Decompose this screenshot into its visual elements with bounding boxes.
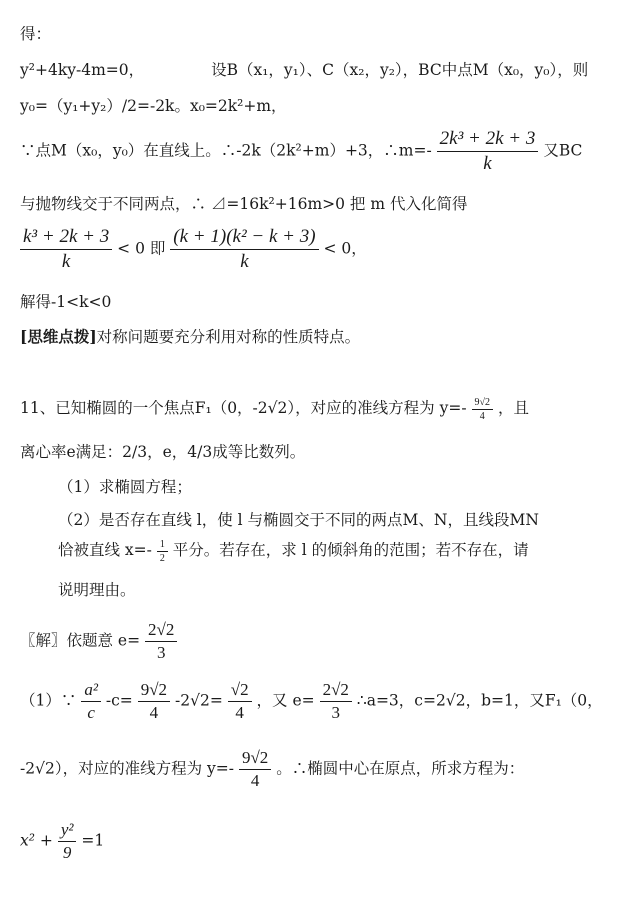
numerator: y² — [58, 820, 77, 842]
text: ∴a=3，c=2√2，b=1，又F₁（0， — [357, 692, 603, 710]
denominator: 9 — [60, 842, 75, 863]
fraction: 2√23 — [320, 680, 352, 723]
numerator: a² — [81, 680, 101, 702]
text: 又BC — [543, 142, 582, 160]
sub-question-1: （1）求椭圆方程； — [58, 475, 192, 497]
text: ，且 — [498, 399, 529, 417]
fraction: (k + 1)(k² − k + 3)k — [170, 226, 318, 273]
denominator: 4 — [248, 770, 263, 791]
fraction: 9√24 — [239, 748, 271, 791]
text-line: 说明理由。 — [58, 578, 136, 600]
text: （1）∵ — [20, 692, 76, 710]
sub-question-2: （2）是否存在直线 l，使 l 与椭圆交于不同的两点M、N，且线段MN — [58, 508, 539, 530]
text: 平分。若存在，求 l 的倾斜角的范围；若不存在，请 — [173, 541, 529, 559]
denominator: k — [480, 152, 494, 175]
text: x² + — [20, 832, 53, 850]
text: -2√2），对应的准线方程为 y=- — [20, 760, 234, 778]
text: -2√2= — [175, 692, 223, 710]
text-line: k³ + 2k + 3k < 0 即 (k + 1)(k² − k + 3)k … — [20, 226, 367, 273]
denominator: 4 — [147, 702, 162, 723]
fraction: 2k³ + 2k + 3k — [437, 128, 539, 175]
text: ，又 e= — [257, 692, 315, 710]
text: < 0， — [324, 240, 367, 258]
text-line: 与抛物线交于不同两点，∴ ⊿=16k²+16m>0 把 m 代入化简得 — [20, 192, 467, 214]
denominator: 3 — [328, 702, 343, 723]
numerator: 1 — [157, 539, 168, 552]
fraction: a²c — [81, 680, 101, 723]
question-11-line: 11、已知椭圆的一个焦点F₁（0，-2√2），对应的准线方程为 y=- 9√24… — [20, 396, 529, 422]
fraction: y²9 — [58, 820, 77, 863]
numerator: k³ + 2k + 3 — [20, 226, 112, 250]
numerator: 2√2 — [320, 680, 352, 702]
text-line: [思维点拨]对称问题要充分利用对称的性质特点。 — [20, 325, 360, 347]
denominator: k — [237, 250, 251, 273]
text-line: -2√2），对应的准线方程为 y=- 9√24 。∴椭圆中心在原点，所求方程为： — [20, 748, 524, 791]
text: ∵点M（x₀，y₀）在直线上。∴-2k（2k²+m）+3，∴m=- — [20, 142, 432, 160]
denominator: k — [59, 250, 73, 273]
text-line: y₀=（y₁+y₂）/2=-2k。x₀=2k²+m， — [20, 94, 287, 116]
numerator: 9√2 — [138, 680, 170, 702]
text-line: 解得-1<k<0 — [20, 290, 111, 312]
equation: y²+4ky-4m=0， — [20, 61, 144, 79]
fraction: 9√24 — [138, 680, 170, 723]
numerator: 9√2 — [472, 397, 494, 410]
text: 〖解〗依题意 e= — [20, 632, 140, 650]
text-line: 得： — [20, 22, 51, 44]
tip-label: [思维点拨] — [20, 327, 97, 346]
text: 设B（x₁，y₁）、C（x₂，y₂），BC中点M（x₀，y₀），则 — [211, 61, 588, 79]
text-line: ∵点M（x₀，y₀）在直线上。∴-2k（2k²+m）+3，∴m=- 2k³ + … — [20, 128, 582, 175]
denominator: 2 — [157, 552, 168, 564]
text: =1 — [81, 832, 104, 850]
text: < 0 即 — [117, 240, 165, 258]
fraction: 12 — [157, 539, 168, 564]
denominator: 4 — [477, 410, 488, 422]
fraction: 2√23 — [145, 620, 177, 663]
denominator: c — [84, 702, 98, 723]
numerator: (k + 1)(k² − k + 3) — [170, 226, 318, 250]
text: 11、已知椭圆的一个焦点F₁（0，-2√2），对应的准线方程为 y=- — [20, 399, 467, 417]
text-line: y²+4ky-4m=0， 设B（x₁，y₁）、C（x₂，y₂），BC中点M（x₀… — [20, 58, 588, 80]
numerator: 9√2 — [239, 748, 271, 770]
fraction: 9√24 — [472, 397, 494, 422]
fraction: √24 — [228, 680, 252, 723]
fraction: k³ + 2k + 3k — [20, 226, 112, 273]
text: 恰被直线 x=- — [58, 541, 152, 559]
denominator: 3 — [154, 642, 169, 663]
text-line: 恰被直线 x=- 12 平分。若存在，求 l 的倾斜角的范围；若不存在，请 — [58, 538, 529, 564]
solution-line: 〖解〗依题意 e= 2√23 — [20, 620, 177, 663]
text-line: 离心率e满足：2/3，e，4/3成等比数列。 — [20, 440, 305, 462]
text: 。∴椭圆中心在原点，所求方程为： — [276, 760, 524, 778]
denominator: 4 — [232, 702, 247, 723]
numerator: 2√2 — [145, 620, 177, 642]
tip-text: 对称问题要充分利用对称的性质特点。 — [97, 328, 361, 346]
numerator: 2k³ + 2k + 3 — [437, 128, 539, 152]
text-line: （1）∵ a²c -c= 9√24 -2√2= √24 ，又 e= 2√23 ∴… — [20, 680, 603, 723]
answer-equation: x² + y²9 =1 — [20, 820, 104, 863]
text: -c= — [106, 692, 133, 710]
numerator: √2 — [228, 680, 252, 702]
